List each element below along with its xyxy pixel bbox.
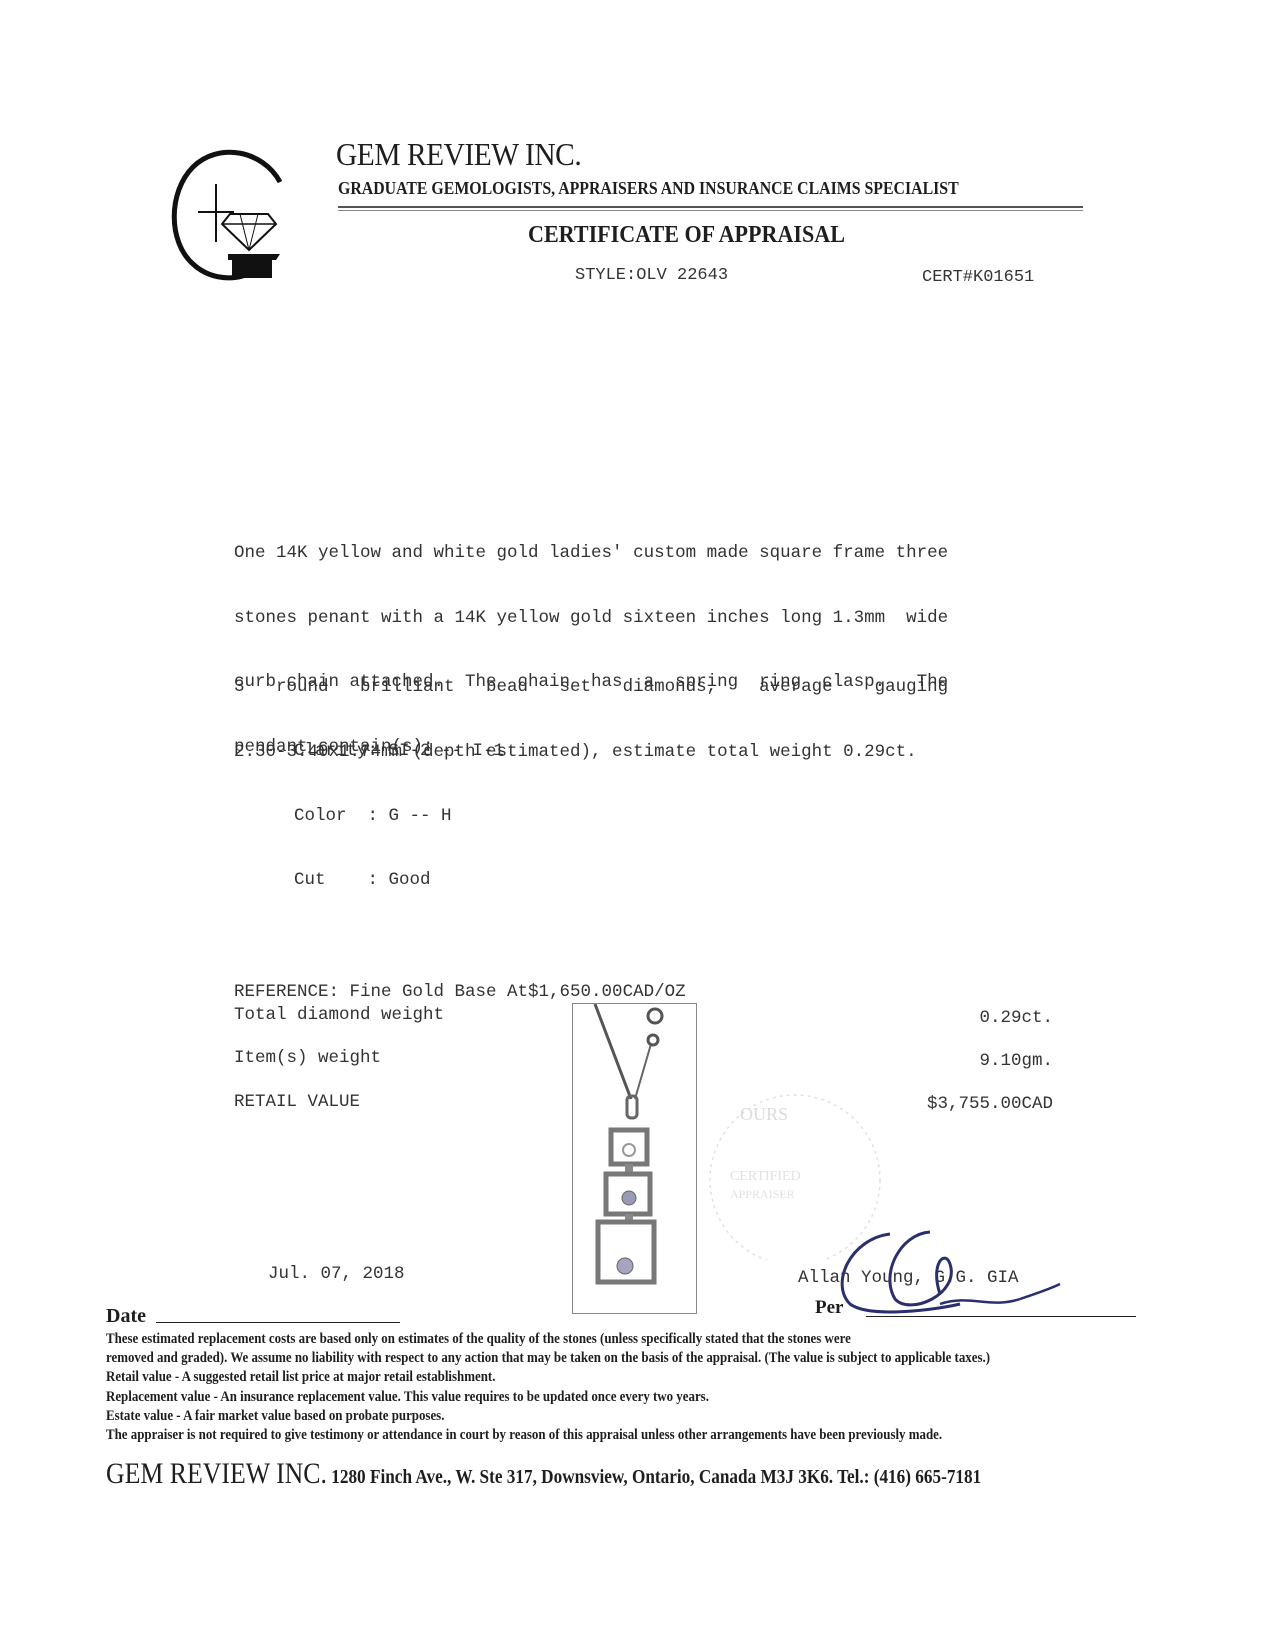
grade-value: Good <box>389 870 431 890</box>
description-line: One 14K yellow and white gold ladies' cu… <box>234 543 1054 565</box>
retail-value-amount: $3,755.00CAD <box>927 1094 1053 1114</box>
certificate-number: CERT#K01651 <box>922 268 1034 287</box>
footer-address: 1280 Finch Ave., W. Ste 317, Downsview, … <box>327 1466 981 1488</box>
signature-icon <box>820 1224 1070 1314</box>
diamond-grades: Clarity: SI-2 -- I-1 Color : G -- H Cut … <box>294 698 504 913</box>
retail-value-label: RETAIL VALUE <box>234 1092 360 1112</box>
disclaimer-line: Retail value - A suggested retail list p… <box>106 1368 1125 1387</box>
grade-value: G -- H <box>389 806 452 826</box>
g-diamond-logo-icon <box>168 142 288 282</box>
grade-value: SI-2 -- I-1 <box>389 741 505 761</box>
disclaimer: These estimated replacement costs are ba… <box>106 1330 1125 1445</box>
disclaimer-line: The appraiser is not required to give te… <box>106 1426 1125 1445</box>
description-line: stones penant with a 14K yellow gold six… <box>234 608 1054 630</box>
grade-label: Clarity: <box>294 741 378 761</box>
header-divider <box>338 210 1083 211</box>
pendant-photo <box>572 1003 697 1314</box>
company-tagline: GRADUATE GEMOLOGISTS, APPRAISERS AND INS… <box>338 178 959 199</box>
per-line <box>866 1316 1136 1317</box>
company-name: GEM REVIEW INC. <box>336 136 581 173</box>
footer-company: GEM REVIEW INC. <box>106 1457 327 1490</box>
item-weight-label: Item(s) weight <box>234 1048 381 1068</box>
svg-text:CERTIFIED: CERTIFIED <box>730 1169 801 1184</box>
per-label: Per <box>815 1297 843 1319</box>
date-label: Date <box>106 1305 146 1328</box>
date-line <box>156 1322 400 1323</box>
total-diamond-weight-value: 0.29ct. <box>979 1008 1053 1028</box>
grade-clarity: Clarity: SI-2 -- I-1 <box>294 741 504 763</box>
disclaimer-line: Estate value - A fair market value based… <box>106 1407 1125 1426</box>
svg-text:OURS: OURS <box>740 1104 788 1124</box>
appraisal-date: Jul. 07, 2018 <box>268 1264 405 1284</box>
grade-label: Color : <box>294 806 378 826</box>
total-diamond-weight-label: Total diamond weight <box>234 1005 444 1025</box>
grade-label: Cut : <box>294 870 378 890</box>
disclaimer-line: removed and graded). We assume no liabil… <box>106 1349 1125 1368</box>
footer: GEM REVIEW INC. 1280 Finch Ave., W. Ste … <box>106 1457 981 1491</box>
style-number: STYLE:OLV 22643 <box>575 266 728 285</box>
svg-text:APPRAISER: APPRAISER <box>730 1187 795 1201</box>
item-weight-value: 9.10gm. <box>979 1051 1053 1071</box>
gold-reference: REFERENCE: Fine Gold Base At$1,650.00CAD… <box>234 982 686 1002</box>
grade-color: Color : G -- H <box>294 806 504 828</box>
disclaimer-line: Replacement value - An insurance replace… <box>106 1388 1125 1407</box>
disclaimer-line: These estimated replacement costs are ba… <box>106 1330 1125 1349</box>
document-title: CERTIFICATE OF APPRAISAL <box>528 222 845 249</box>
header-divider <box>338 206 1083 208</box>
grade-cut: Cut : Good <box>294 870 504 892</box>
stones-line: 3 round brilliant bead set diamonds, ave… <box>234 677 1054 699</box>
